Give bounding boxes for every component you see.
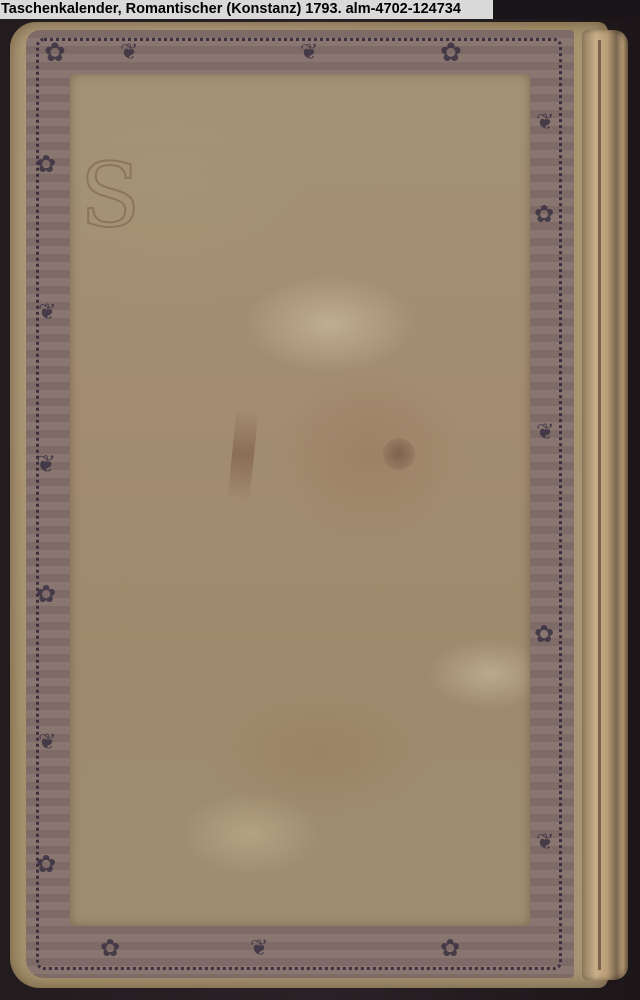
vine-scroll-icon: ❦ [38, 300, 56, 325]
grape-cluster-icon: ✿ [440, 38, 462, 68]
grape-cluster-icon: ✿ [44, 38, 66, 68]
vine-scroll-icon: ❦ [36, 450, 56, 478]
embossed-monogram: S [80, 152, 140, 240]
grape-cluster-icon: ✿ [36, 580, 56, 608]
vine-scroll-icon: ❦ [250, 936, 268, 961]
vine-scroll-icon: ❦ [536, 830, 554, 855]
grape-cluster-icon: ✿ [36, 850, 56, 878]
vine-scroll-icon: ❦ [536, 420, 554, 445]
grape-cluster-icon: ✿ [534, 200, 554, 228]
grape-cluster-icon: ✿ [534, 620, 554, 648]
vine-scroll-icon: ❦ [300, 40, 318, 65]
grape-cluster-icon: ✿ [100, 934, 120, 962]
vine-scroll-icon: ❦ [38, 730, 56, 755]
grape-cluster-icon: ✿ [36, 150, 56, 178]
image-caption: Taschenkalender, Romantischer (Konstanz)… [0, 0, 493, 19]
vine-scroll-icon: ❦ [120, 40, 138, 65]
stain-spot [383, 438, 415, 470]
vine-scroll-icon: ❦ [536, 110, 554, 135]
spine-crease [598, 40, 601, 970]
book-spine-edge [582, 30, 628, 980]
grape-cluster-icon: ✿ [440, 934, 460, 962]
